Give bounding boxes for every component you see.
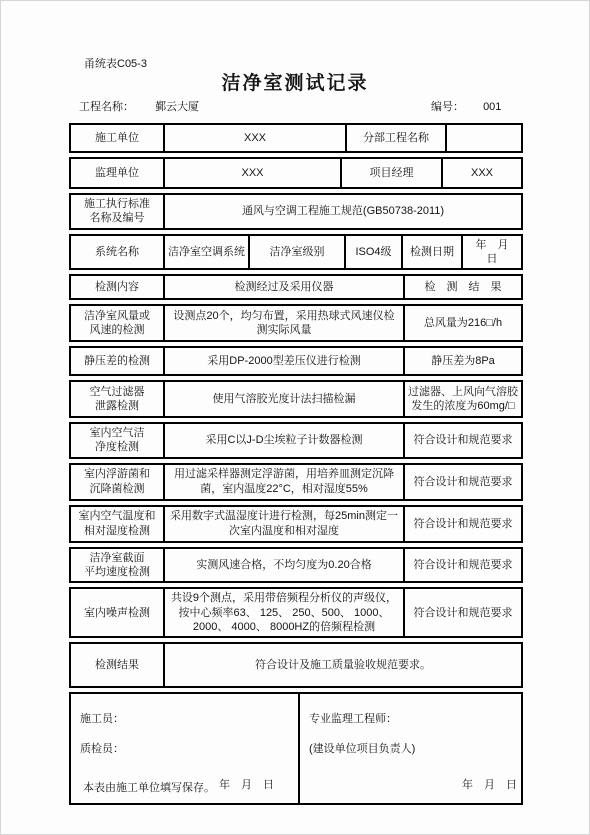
test-procedure-cell: 采用C以J-D尘埃粒子计数器检测 [163, 424, 403, 457]
test-item-label: 静压差的检测 [71, 348, 163, 374]
table-row-airflow-test: 洁净室风量或 风速的检测 设测点20个，均匀布置，采用热球式风速仪检测实际风量 … [69, 304, 523, 342]
table-row-cross-section-velocity-test: 洁净室截面 平均速度检测 实测风速合格，不均匀度为0.20合格 符合设计和规范要… [69, 547, 523, 584]
owner-representative-signature-label: (建设单位项目负责人) [309, 740, 521, 756]
test-date-value: 年 月 日 [461, 236, 521, 269]
test-procedure-cell: 采用数字式温湿度计进行检测，每25min测定一次室内温度和相对湿度 [163, 507, 403, 541]
subproject-name-label: 分部工程名称 [345, 125, 445, 151]
column-header-item: 检测内容 [71, 276, 163, 298]
supervision-unit-label: 监理单位 [71, 159, 163, 187]
supervising-engineer-signature-label: 专业监理工程师： [309, 710, 521, 726]
column-header-procedure: 检测经过及采用仪器 [163, 276, 403, 298]
project-name-label: 工程名称： [79, 101, 134, 113]
page-title: 洁净室测试记录 [1, 68, 589, 95]
subproject-name-value [445, 125, 521, 151]
test-procedure-cell: 共设9个测点，采用带倍频程分析仪的声级仪，按中心频率63、 125、 250、5… [163, 589, 403, 636]
table-row-supervision-unit: 监理单位 XXX 项目经理 XXX [69, 157, 523, 189]
table-row-system: 系统名称 洁净室空调系统 洁净室级别 ISO4级 检测日期 年 月 日 [69, 234, 523, 271]
test-result-cell: 符合设计和规范要求 [403, 465, 521, 499]
table-row-construction-unit: 施工单位 XXX 分部工程名称 [69, 123, 523, 153]
table-row-filter-leak-test: 空气过滤器 泄露检测 使用气溶胶光度计法扫描检漏 过滤器、上风向气溶胶发生的浓度… [69, 380, 523, 418]
test-item-label: 洁净室截面 平均速度检测 [71, 549, 163, 582]
signature-cell-supervisor: 专业监理工程师： (建设单位项目负责人) 年 月 日 [298, 694, 521, 803]
test-result-cell: 符合设计和规范要求 [403, 589, 521, 636]
test-procedure-cell: 设测点20个，均匀布置，采用热球式风速仪检测实际风量 [163, 306, 403, 340]
overall-result-label: 检测结果 [71, 644, 163, 686]
test-item-label: 空气过滤器 泄露检测 [71, 382, 163, 416]
number-group: 编号： 001 [431, 98, 501, 114]
system-name-label: 系统名称 [71, 236, 163, 269]
table-row-cleanliness-test: 室内空气洁 净度检测 采用C以J-D尘埃粒子计数器检测 符合设计和规范要求 [69, 422, 523, 459]
document-page: 甬统表C05-3 洁净室测试记录 工程名称： 鄞云大厦 编号： 001 施工单位… [0, 0, 590, 835]
overall-result-value: 符合设计及施工质量验收规范要求。 [163, 644, 521, 686]
test-record-table: 施工单位 XXX 分部工程名称 监理单位 XXX 项目经理 XXX 施工执行标准… [69, 123, 523, 809]
test-procedure-cell: 实测风速合格，不均匀度为0.20合格 [163, 549, 403, 582]
number-value: 001 [483, 101, 501, 113]
test-item-label: 室内浮游菌和 沉降菌检测 [71, 465, 163, 499]
quality-inspector-signature-label: 质检员： [80, 740, 298, 756]
footer-note: 本表由施工单位填写保存。 [83, 779, 215, 795]
standard-label: 施工执行标准 名称及编号 [71, 195, 163, 228]
test-result-cell: 总风量为216□/h [403, 306, 521, 340]
project-name-group: 工程名称： 鄞云大厦 [79, 98, 199, 114]
table-row-temperature-humidity-test: 室内空气温度和 相对湿度检测 采用数字式温湿度计进行检测，每25min测定一次室… [69, 505, 523, 543]
project-name-value: 鄞云大厦 [155, 101, 199, 113]
contractor-date-field: 年 月 日 [219, 776, 274, 792]
project-manager-value: XXX [441, 159, 521, 187]
construction-unit-value: XXX [163, 125, 345, 151]
test-result-cell: 符合设计和规范要求 [403, 424, 521, 457]
test-procedure-cell: 用过滤采样器测定浮游菌，用培养皿测定沉降菌，室内温度22°C，相对湿度55% [163, 465, 403, 499]
number-label: 编号： [431, 101, 464, 113]
table-row-standard: 施工执行标准 名称及编号 通风与空调工程施工规范(GB50738-2011) [69, 193, 523, 230]
table-row-overall-result: 检测结果 符合设计及施工质量验收规范要求。 [69, 642, 523, 688]
system-name-value: 洁净室空调系统 [163, 236, 248, 269]
test-result-cell: 符合设计和规范要求 [403, 507, 521, 541]
test-item-label: 室内空气温度和 相对湿度检测 [71, 507, 163, 541]
test-item-label: 室内噪声检测 [71, 589, 163, 636]
project-manager-label: 项目经理 [340, 159, 441, 187]
test-procedure-cell: 采用DP-2000型差压仪进行检测 [163, 348, 403, 374]
cleanroom-class-label: 洁净室级别 [248, 236, 344, 269]
cleanroom-class-value: ISO4级 [344, 236, 401, 269]
construction-unit-label: 施工单位 [71, 125, 163, 151]
column-header-result: 检 测 结 果 [403, 276, 521, 298]
test-item-label: 洁净室风量或 风速的检测 [71, 306, 163, 340]
constructor-signature-label: 施工员： [80, 710, 298, 726]
test-date-label: 检测日期 [401, 236, 461, 269]
standard-value: 通风与空调工程施工规范(GB50738-2011) [163, 195, 521, 228]
test-result-cell: 符合设计和规范要求 [403, 549, 521, 582]
supervision-unit-value: XXX [163, 159, 340, 187]
table-row-bacteria-test: 室内浮游菌和 沉降菌检测 用过滤采样器测定浮游菌，用培养皿测定沉降菌，室内温度2… [69, 463, 523, 501]
supervisor-date-field: 年 月 日 [462, 776, 517, 792]
table-header-row: 检测内容 检测经过及采用仪器 检 测 结 果 [69, 274, 523, 300]
table-row-noise-test: 室内噪声检测 共设9个测点，采用带倍频程分析仪的声级仪，按中心频率63、 125… [69, 587, 523, 638]
test-result-cell: 静压差为8Pa [403, 348, 521, 374]
table-row-static-pressure-test: 静压差的检测 采用DP-2000型差压仪进行检测 静压差为8Pa [69, 346, 523, 376]
test-item-label: 室内空气洁 净度检测 [71, 424, 163, 457]
test-result-cell: 过滤器、上风向气溶胶发生的浓度为60mg/□ [403, 382, 521, 416]
test-procedure-cell: 使用气溶胶光度计法扫描检漏 [163, 382, 403, 416]
